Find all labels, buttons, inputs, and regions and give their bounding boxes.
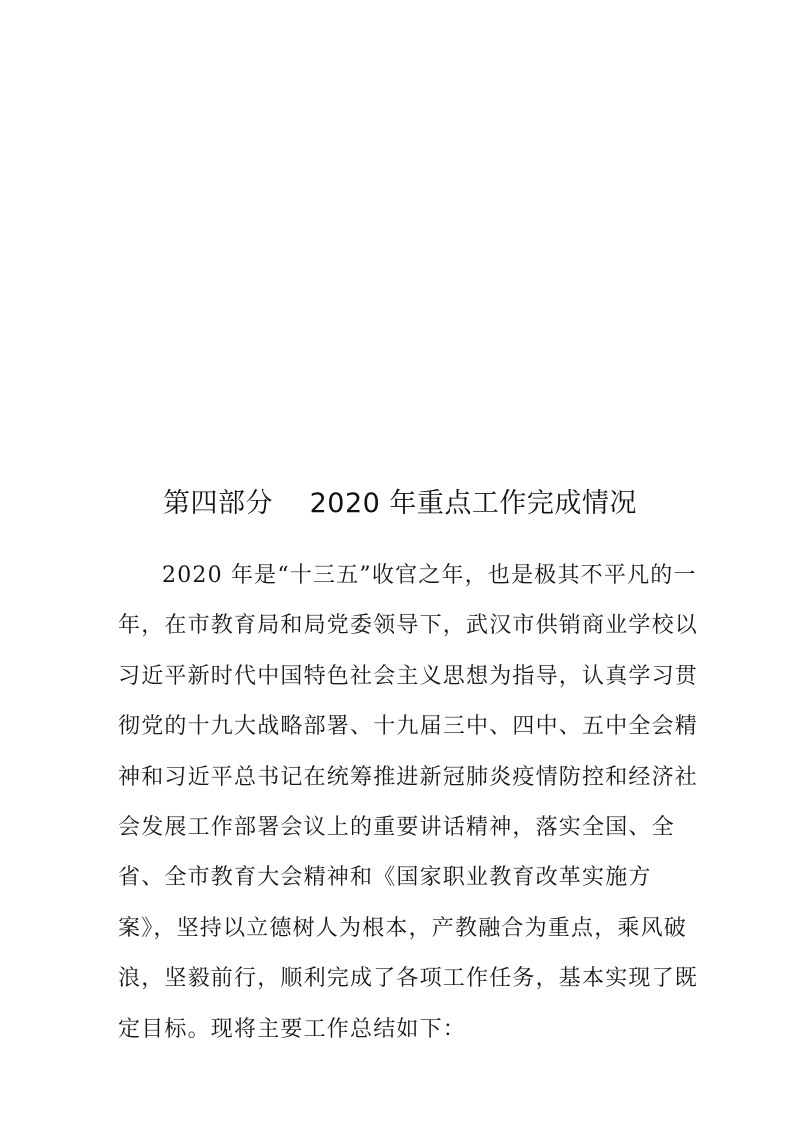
paragraph-line: 习近平新时代中国特色社会主义思想为指导，认真学习贯 <box>118 652 678 702</box>
paragraph-line: 神和习近平总书记在统筹推进新冠肺炎疫情防控和经济社 <box>118 753 678 803</box>
paragraph-line: 会发展工作部署会议上的重要讲话精神，落实全国、全 <box>118 803 678 853</box>
paragraph-line: 省、全市教育大会精神和《国家职业教育改革实施方 <box>118 853 678 903</box>
document-page: 第四部分 2020 年重点工作完成情况 2020 年是“十三五”收官之年，也是极… <box>0 0 800 1132</box>
section-title: 第四部分 2020 年重点工作完成情况 <box>0 484 800 524</box>
paragraph-line: 2020 年是“十三五”收官之年，也是极其不平凡的一 <box>118 551 678 601</box>
paragraph-line: 案》，坚持以立德树人为根本，产教融合为重点，乘风破 <box>118 904 678 954</box>
body-paragraph: 2020 年是“十三五”收官之年，也是极其不平凡的一 年，在市教育局和局党委领导… <box>118 551 678 1055</box>
paragraph-line: 浪，坚毅前行，顺利完成了各项工作任务，基本实现了既 <box>118 954 678 1004</box>
paragraph-line: 年，在市教育局和局党委领导下，武汉市供销商业学校以 <box>118 601 678 651</box>
paragraph-line: 彻党的十九大战略部署、十九届三中、四中、五中全会精 <box>118 702 678 752</box>
paragraph-line: 定目标。现将主要工作总结如下： <box>118 1005 678 1055</box>
